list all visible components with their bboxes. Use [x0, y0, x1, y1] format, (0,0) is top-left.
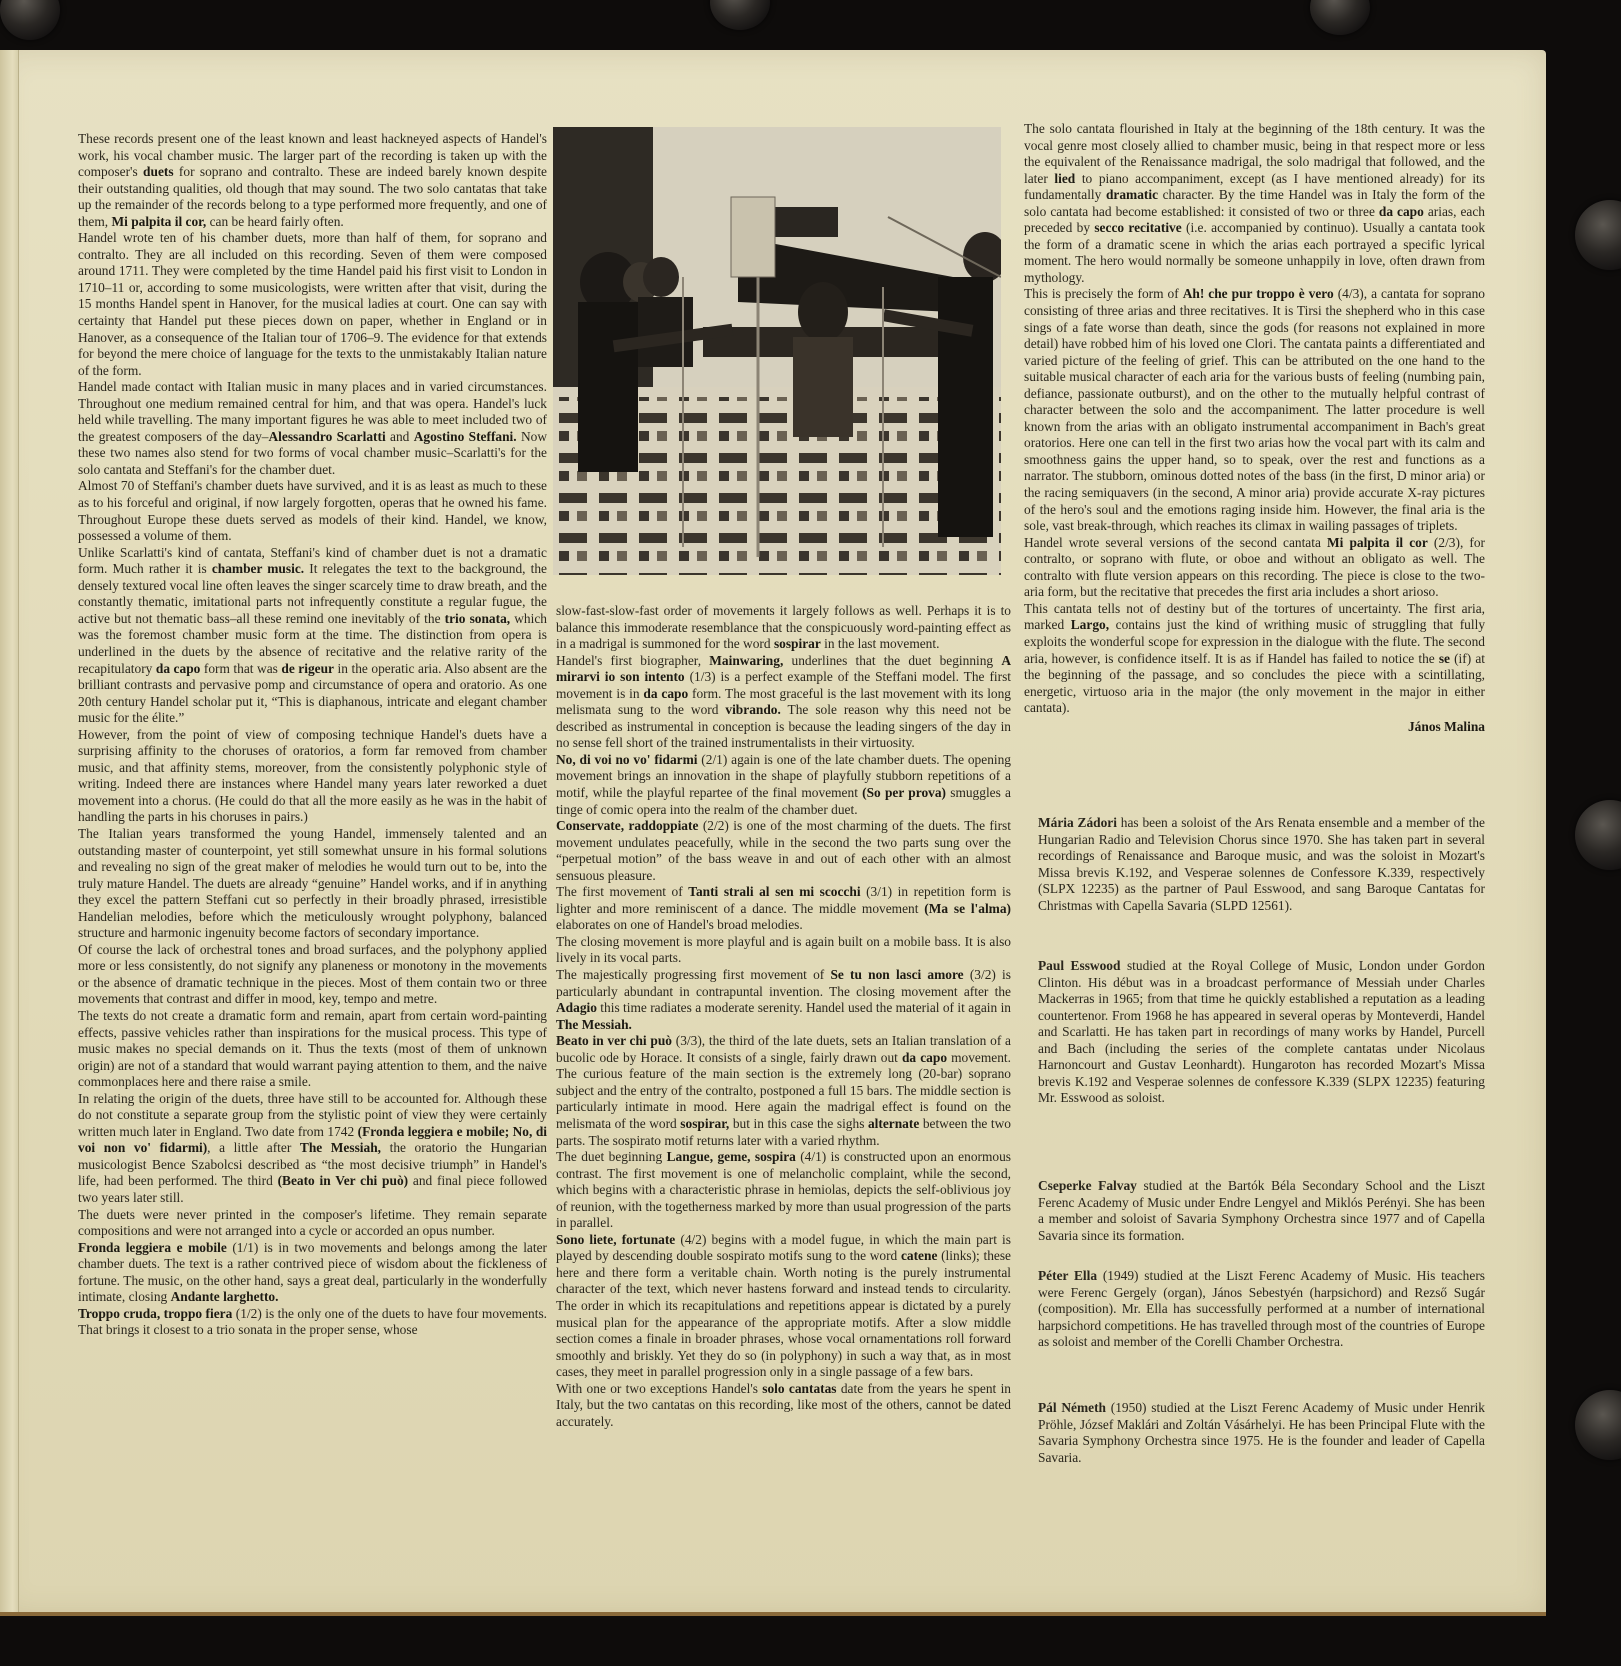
paragraph: The majestically progressing first movem… — [556, 967, 1011, 1033]
paragraph: Handel wrote ten of his chamber duets, m… — [78, 230, 547, 379]
emphasis: Troppo cruda, troppo fiera — [78, 1306, 232, 1321]
emphasis: Cseperke Falvay — [1038, 1178, 1137, 1193]
emphasis: Mi palpita il cor, — [111, 214, 206, 229]
studio-photo-illustration — [553, 127, 1001, 575]
emphasis: se — [1439, 651, 1450, 666]
emphasis: The Messiah. — [556, 1017, 632, 1032]
bio-text: Cseperke Falvay studied at the Bartók Bé… — [1038, 1178, 1485, 1244]
emphasis: Péter Ella — [1038, 1268, 1097, 1283]
performers-photo — [553, 127, 1001, 575]
paragraph: Almost 70 of Steffani's chamber duets ha… — [78, 478, 547, 544]
bio-text: Paul Esswood studied at the Royal Colleg… — [1038, 958, 1485, 1107]
holder-knob — [0, 0, 60, 40]
paragraph: Of course the lack of orchestral tones a… — [78, 942, 547, 1008]
emphasis: da capo — [643, 686, 688, 701]
paragraph: Unlike Scarlatti's kind of cantata, Stef… — [78, 545, 547, 727]
paragraph: The duets were never printed in the comp… — [78, 1207, 547, 1240]
emphasis: vibrando. — [725, 702, 780, 717]
holder-knob — [1575, 200, 1621, 270]
performer-bio: Cseperke Falvay studied at the Bartók Bé… — [1038, 1178, 1485, 1244]
bio-text: Péter Ella (1949) studied at the Liszt F… — [1038, 1268, 1485, 1351]
emphasis: da capo — [1379, 204, 1424, 219]
emphasis: da capo — [156, 661, 200, 676]
emphasis: Agostino Steffani. — [414, 429, 517, 444]
paragraph: These records present one of the least k… — [78, 131, 547, 230]
paragraph: Sono liete, fortunate (4/2) begins with … — [556, 1232, 1011, 1381]
emphasis: catene — [901, 1248, 937, 1263]
bio-text: Mária Zádori has been a soloist of the A… — [1038, 815, 1485, 914]
paragraph: Conservate, raddoppiate (2/2) is one of … — [556, 818, 1011, 884]
holder-knob — [710, 0, 770, 30]
emphasis: Largo, — [1071, 617, 1109, 632]
bio-text: Pál Németh (1950) studied at the Liszt F… — [1038, 1400, 1485, 1466]
emphasis: (Beato in Ver chi può) — [278, 1173, 409, 1188]
emphasis: The Messiah, — [300, 1140, 381, 1155]
emphasis: trio sonata, — [445, 611, 511, 626]
emphasis: Se tu non lasci amore — [830, 967, 963, 982]
emphasis: Tanti strali al sen mi scocchi — [688, 884, 860, 899]
emphasis: Conservate, raddoppiate — [556, 818, 698, 833]
sleeve-bottom-edge — [0, 1612, 1546, 1616]
paragraph: Handel's first biographer, Mainwaring, u… — [556, 653, 1011, 752]
paragraph: The duet beginning Langue, geme, sospira… — [556, 1149, 1011, 1232]
paragraph: However, from the point of view of compo… — [78, 727, 547, 826]
paragraph: The texts do not create a dramatic form … — [78, 1008, 547, 1091]
emphasis: sospirar, — [680, 1116, 729, 1131]
emphasis: secco recitative — [1094, 220, 1181, 235]
paragraph: Troppo cruda, troppo fiera (1/2) is the … — [78, 1306, 547, 1339]
emphasis: Sono liete, fortunate — [556, 1232, 675, 1247]
emphasis: Langue, geme, sospira — [667, 1149, 796, 1164]
paragraph: With one or two exceptions Handel's solo… — [556, 1381, 1011, 1431]
holder-knob — [1575, 800, 1621, 870]
paragraph: Handel made contact with Italian music i… — [78, 379, 547, 478]
emphasis: (So per prova) — [862, 785, 946, 800]
paragraph: The first movement of Tanti strali al se… — [556, 884, 1011, 934]
emphasis: da capo — [902, 1050, 947, 1065]
emphasis: No, di voi no vo' fidarmi — [556, 752, 697, 767]
performer-bio: Péter Ella (1949) studied at the Liszt F… — [1038, 1268, 1485, 1351]
paragraph: Beato in ver chi può (3/3), the third of… — [556, 1033, 1011, 1149]
paragraph: The solo cantata flourished in Italy at … — [1024, 121, 1485, 286]
column-middle: slow-fast-slow-fast order of movements i… — [556, 603, 1011, 1430]
paragraph: This cantata tells not of destiny but of… — [1024, 601, 1485, 717]
performer-bio: Mária Zádori has been a soloist of the A… — [1038, 815, 1485, 914]
emphasis: Ah! che pur troppo è vero — [1183, 286, 1334, 301]
emphasis: Alessandro Scarlatti — [269, 429, 386, 444]
emphasis: Pál Németh — [1038, 1400, 1106, 1415]
emphasis: chamber music. — [212, 561, 304, 576]
emphasis: A mirarvi io son intento — [556, 653, 1011, 685]
paragraph: Fronda leggiera e mobile (1/1) is in two… — [78, 1240, 547, 1306]
emphasis: Beato in ver chi può — [556, 1033, 672, 1048]
emphasis: de rigeur — [281, 661, 334, 676]
emphasis: Fronda leggiera e mobile — [78, 1240, 227, 1255]
paragraph: slow-fast-slow-fast order of movements i… — [556, 603, 1011, 653]
emphasis: Mária Zádori — [1038, 815, 1117, 830]
emphasis: Mainwaring, — [709, 653, 783, 668]
holder-knob — [1310, 0, 1370, 35]
emphasis: dramatic — [1106, 187, 1158, 202]
emphasis: solo cantatas — [762, 1381, 836, 1396]
emphasis: lied — [1054, 171, 1075, 186]
emphasis: Paul Esswood — [1038, 958, 1120, 973]
sleeve-spine — [0, 50, 19, 1615]
author-signature: János Malina — [1024, 719, 1485, 736]
emphasis: Adagio — [556, 1000, 597, 1015]
column-left: These records present one of the least k… — [78, 131, 547, 1339]
paragraph: The closing movement is more playful and… — [556, 934, 1011, 967]
paragraph: This is precisely the form of Ah! che pu… — [1024, 286, 1485, 534]
column-right: The solo cantata flourished in Italy at … — [1024, 121, 1485, 735]
emphasis: (Ma se l'alma) — [924, 901, 1011, 916]
holder-knob — [1575, 1390, 1621, 1460]
performer-bio: Paul Esswood studied at the Royal Colleg… — [1038, 958, 1485, 1107]
paragraph: Handel wrote several versions of the sec… — [1024, 535, 1485, 601]
paragraph: The Italian years transformed the young … — [78, 826, 547, 942]
emphasis: Mi palpita il cor — [1327, 535, 1428, 550]
emphasis: alternate — [868, 1116, 919, 1131]
emphasis: sospirar — [774, 636, 821, 651]
emphasis: Andante larghetto. — [171, 1289, 279, 1304]
emphasis: duets — [143, 164, 174, 179]
paragraph: In relating the origin of the duets, thr… — [78, 1091, 547, 1207]
paragraph: No, di voi no vo' fidarmi (2/1) again is… — [556, 752, 1011, 818]
performer-bio: Pál Németh (1950) studied at the Liszt F… — [1038, 1400, 1485, 1466]
